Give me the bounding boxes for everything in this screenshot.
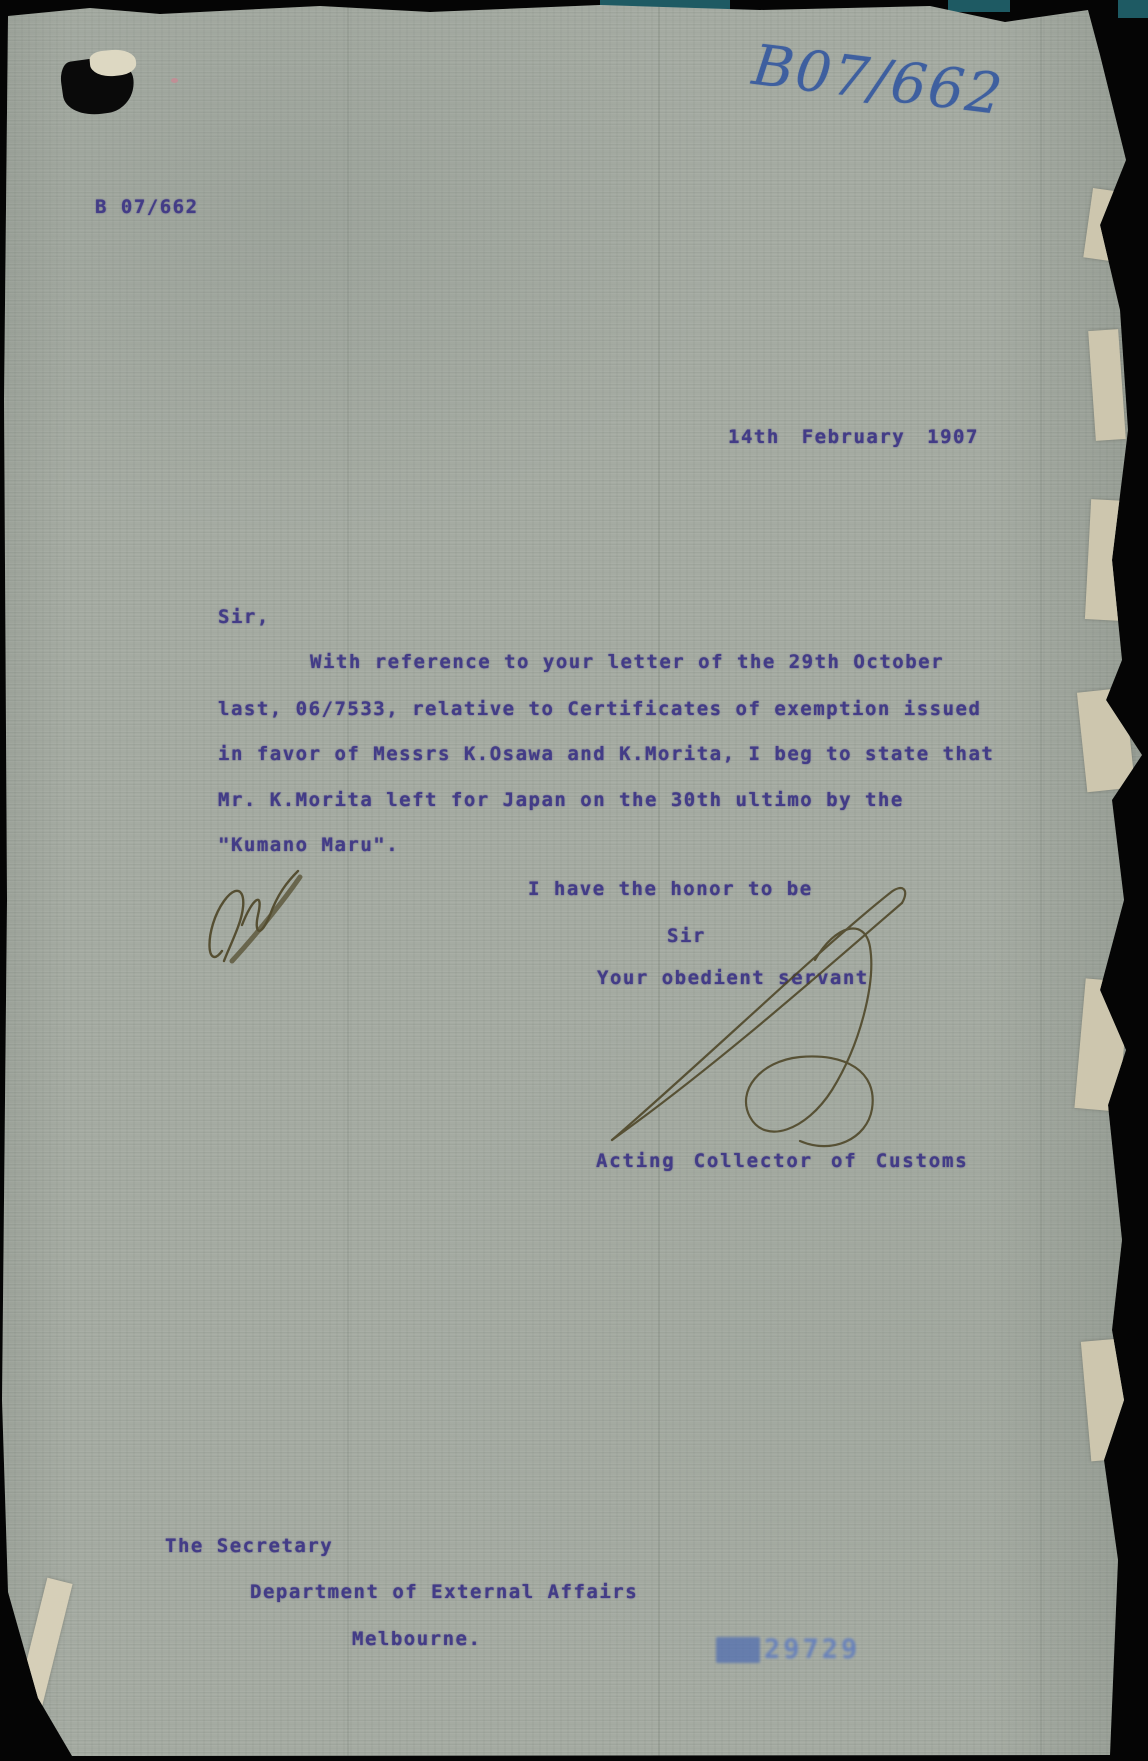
body-line: last, 06/7533, relative to Certificates … (218, 698, 981, 720)
typed-file-number: B 07/662 (95, 196, 199, 218)
torn-edge-patch (1083, 188, 1126, 262)
torn-edge-patch (1088, 329, 1126, 441)
recipient-line: Melbourne. (352, 1628, 481, 1650)
scanned-letter-page: B07/662 B 07/662 14th February 1907 Sir,… (0, 0, 1148, 1761)
recipient-line: Department of External Affairs (250, 1581, 638, 1603)
letter-date: 14th February 1907 (728, 426, 979, 448)
body-line: "Kumano Maru". (218, 834, 399, 856)
torn-edge-patch (1074, 978, 1129, 1111)
signoff-title: Acting Collector of Customs (596, 1150, 968, 1172)
body-line: With reference to your letter of the 29t… (310, 651, 944, 673)
scan-background-scrap (1118, 0, 1148, 18)
archive-number-stamp: 29729 (716, 1634, 860, 1665)
body-line: Mr. K.Morita left for Japan on the 30th … (218, 789, 904, 811)
salutation: Sir, (218, 606, 270, 628)
scan-background-scrap (948, 0, 1010, 12)
curled-corner-edge (1, 1578, 72, 1761)
torn-edge-patch (1085, 499, 1127, 621)
stamp-number: 29729 (764, 1634, 860, 1665)
pink-speck (171, 78, 178, 83)
paper-crease (1040, 0, 1042, 1761)
paper-crease (347, 0, 349, 1761)
stamp-smudge (716, 1637, 760, 1663)
handwritten-initials (198, 855, 318, 980)
torn-edge-patch (1081, 1339, 1129, 1462)
signature (560, 865, 940, 1165)
torn-edge-patch (1077, 688, 1135, 792)
body-line: in favor of Messrs K.Osawa and K.Morita,… (218, 743, 994, 765)
recipient-line: The Secretary (165, 1535, 333, 1557)
